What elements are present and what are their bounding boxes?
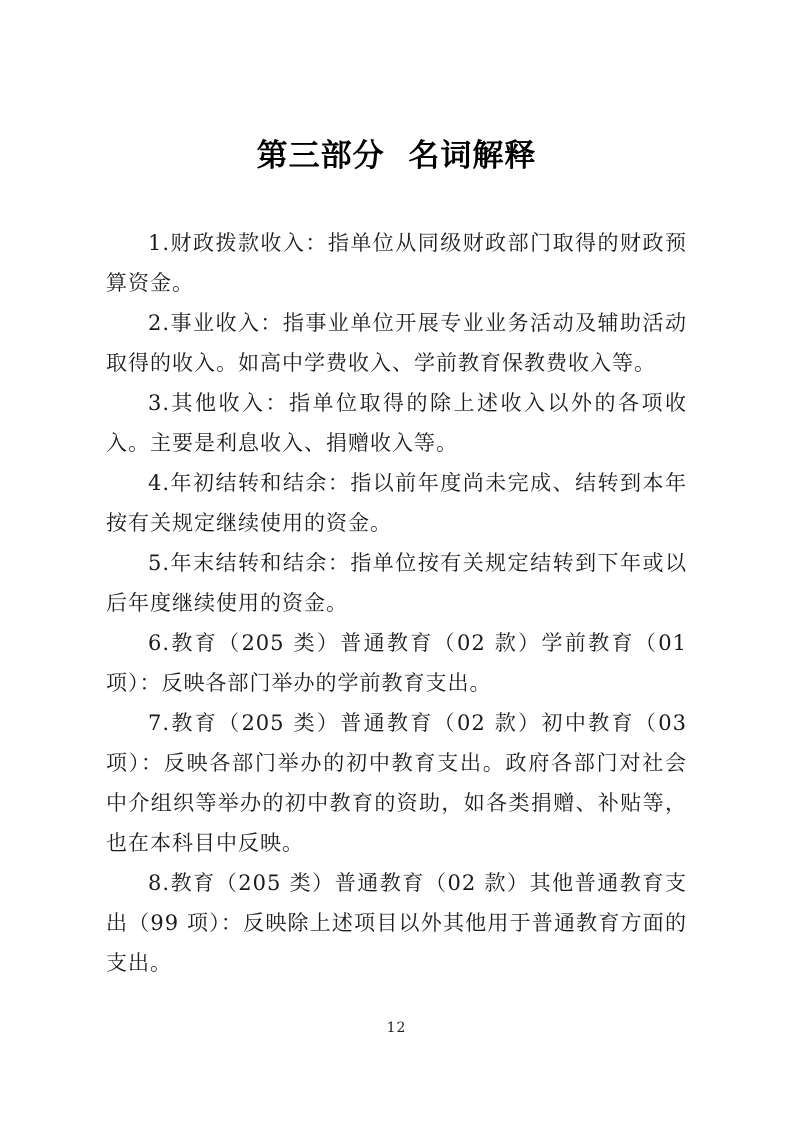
page-number: 12 — [0, 1020, 793, 1036]
glossary-paragraph: 1.财政拨款收入：指单位从同级财政部门取得的财政预算资金。 — [106, 223, 687, 303]
page-title: 第三部分 名词解释 — [106, 131, 687, 181]
glossary-paragraph: 5.年末结转和结余：指单位按有关规定结转到下年或以后年度继续使用的资金。 — [106, 543, 687, 623]
glossary-paragraphs: 1.财政拨款收入：指单位从同级财政部门取得的财政预算资金。 2.事业收入：指事业… — [106, 223, 687, 983]
glossary-paragraph: 4.年初结转和结余：指以前年度尚未完成、结转到本年按有关规定继续使用的资金。 — [106, 463, 687, 543]
glossary-paragraph: 8.教育（205 类）普通教育（02 款）其他普通教育支出（99 项）：反映除上… — [106, 863, 687, 983]
glossary-paragraph: 6.教育（205 类）普通教育（02 款）学前教育（01 项）：反映各部门举办的… — [106, 623, 687, 703]
glossary-paragraph: 3.其他收入：指单位取得的除上述收入以外的各项收入。主要是利息收入、捐赠收入等。 — [106, 383, 687, 463]
glossary-paragraph: 2.事业收入：指事业单位开展专业业务活动及辅助活动取得的收入。如高中学费收入、学… — [106, 303, 687, 383]
document-page: 第三部分 名词解释 1.财政拨款收入：指单位从同级财政部门取得的财政预算资金。 … — [0, 0, 793, 1122]
glossary-paragraph: 7.教育（205 类）普通教育（02 款）初中教育（03 项）：反映各部门举办的… — [106, 703, 687, 863]
